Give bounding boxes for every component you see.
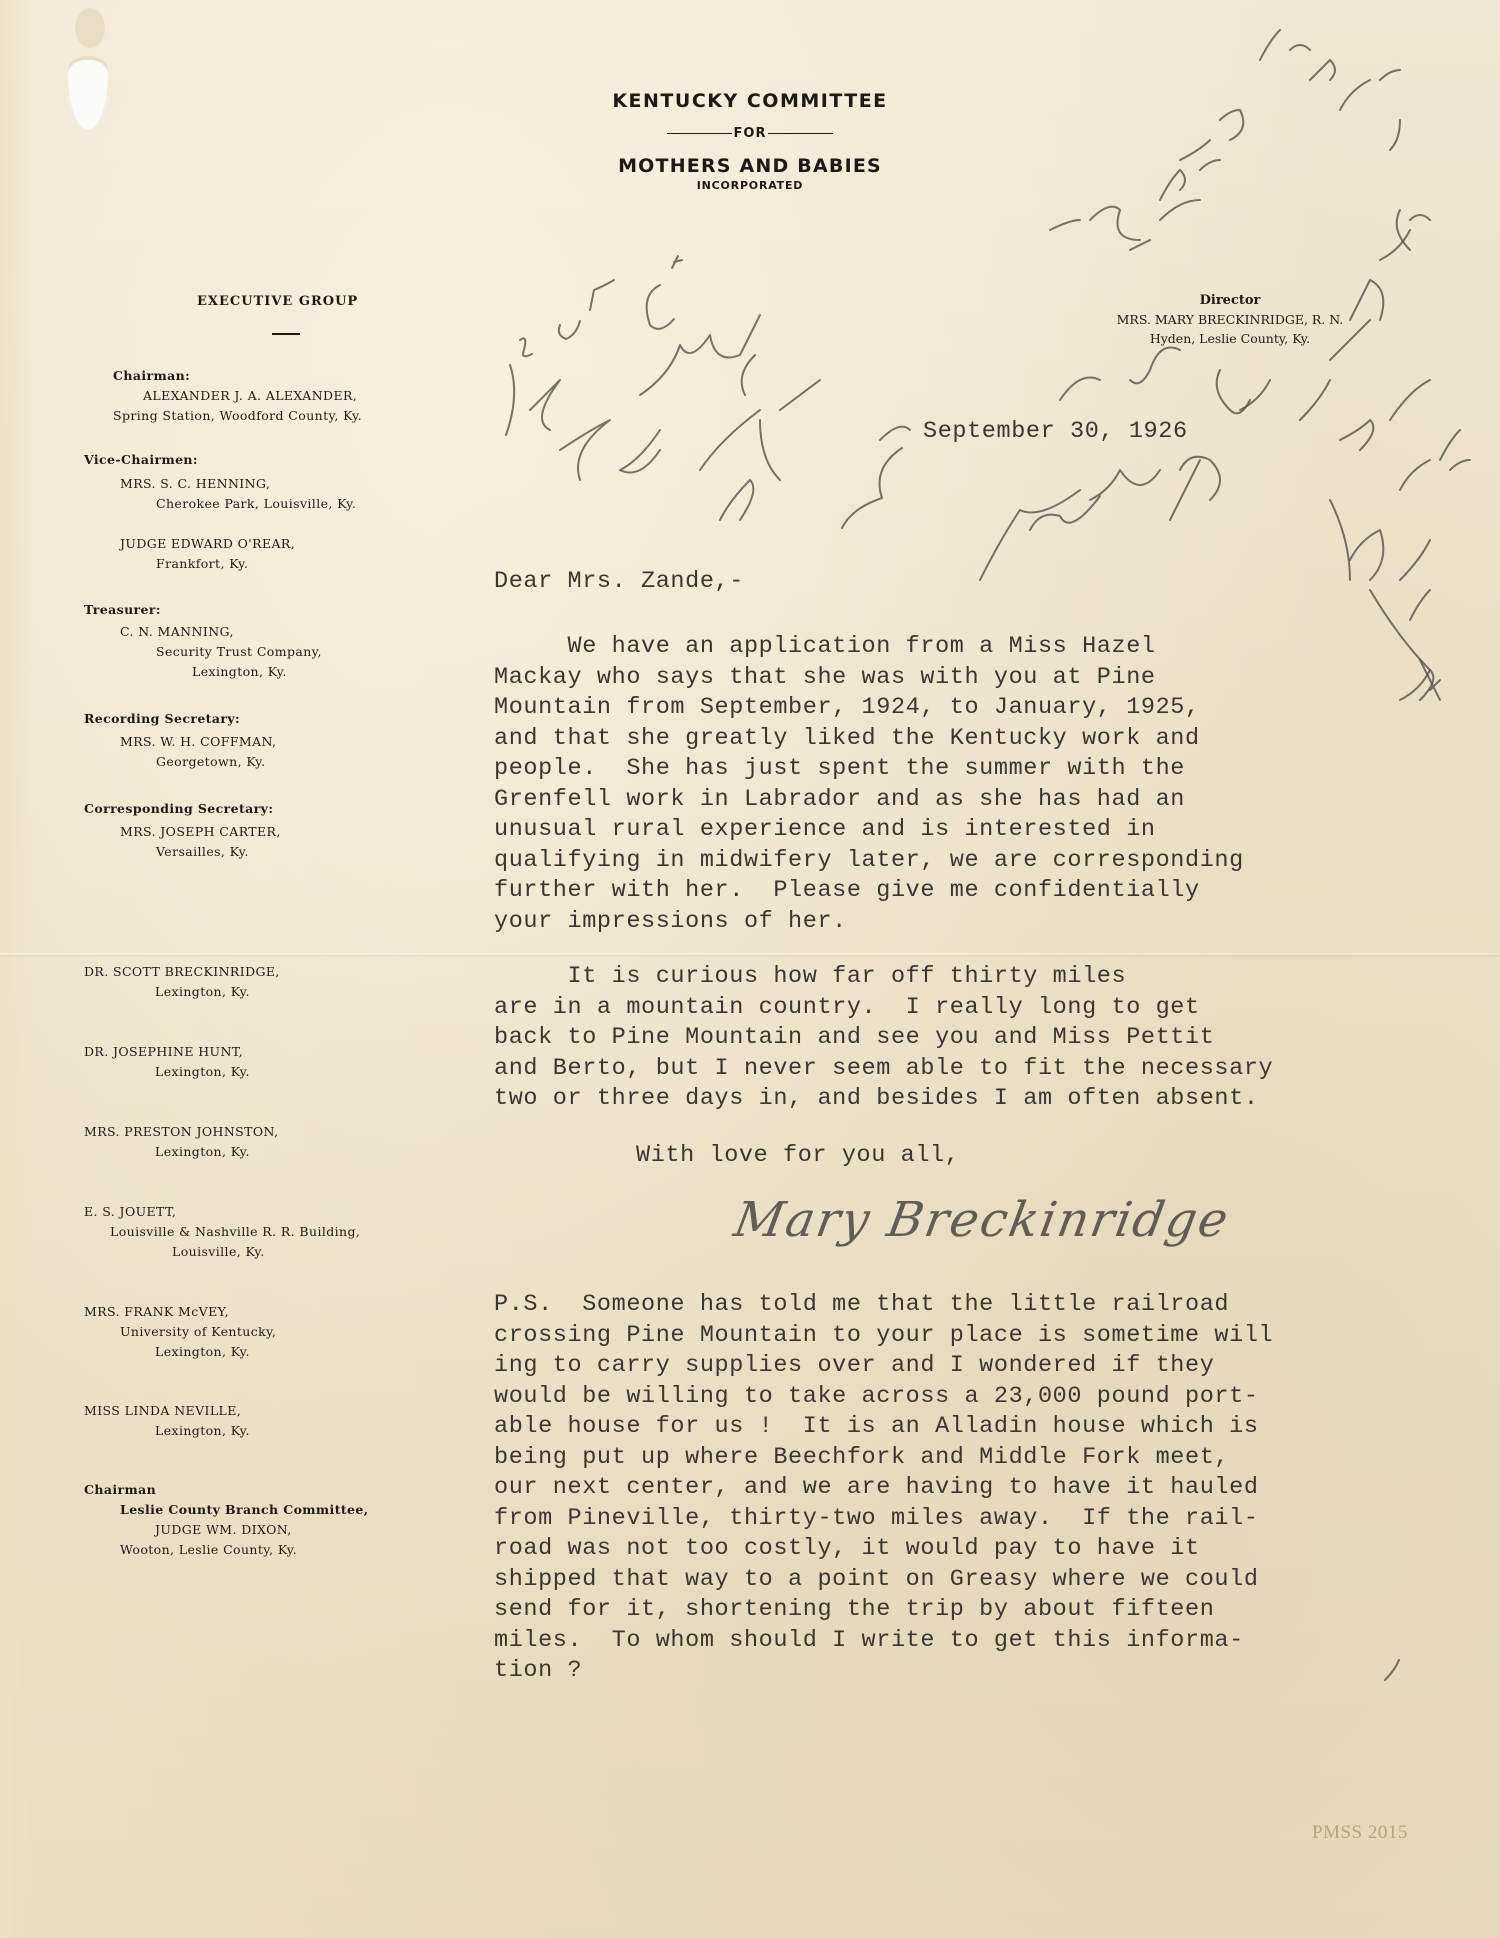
member-entry: ALEXANDER J. A. ALEXANDER, Spring Statio… [113, 386, 362, 426]
member-entry: MRS. W. H. COFFMAN, Georgetown, Ky. [120, 732, 276, 772]
member-entry: MRS. FRANK McVEY, University of Kentucky… [84, 1302, 276, 1362]
member-name: MISS LINDA NEVILLE, [84, 1401, 250, 1421]
member-entry: JUDGE EDWARD O'REAR, Frankfort, Ky. [120, 534, 295, 574]
director-block: Director MRS. MARY BRECKINRIDGE, R. N. H… [1040, 291, 1420, 348]
letter-paragraph-1: We have an application from a Miss Hazel… [494, 632, 1244, 937]
executive-group-rule [272, 333, 300, 335]
member-entry: E. S. JOUETT, Louisville & Nashville R. … [84, 1202, 360, 1262]
member-address: Security Trust Company, [120, 642, 322, 662]
letterhead-org-line2: MOTHERS AND BABIES [560, 155, 940, 177]
member-name: DR. JOSEPHINE HUNT, [84, 1042, 250, 1062]
member-entry: MRS. S. C. HENNING, Cherokee Park, Louis… [120, 474, 356, 514]
member-address: Lexington, Ky. [84, 1062, 250, 1082]
director-title: Director [1040, 291, 1420, 310]
member-name: MRS. PRESTON JOHNSTON, [84, 1122, 278, 1142]
member-name: MRS. W. H. COFFMAN, [120, 732, 276, 752]
member-name: JUDGE WM. DIXON, [84, 1520, 297, 1540]
member-name: E. S. JOUETT, [84, 1202, 360, 1222]
paper-tear-hole [68, 60, 108, 130]
member-address: Lexington, Ky. [84, 1421, 250, 1441]
role-branch-committee: Leslie County Branch Committee, [120, 1500, 369, 1520]
member-name: DR. SCOTT BRECKINRIDGE, [84, 962, 280, 982]
member-entry: DR. SCOTT BRECKINRIDGE, Lexington, Ky. [84, 962, 280, 1002]
executive-group-title: EXECUTIVE GROUP [197, 292, 358, 312]
member-address: Spring Station, Woodford County, Ky. [113, 406, 362, 426]
role-recording-secretary: Recording Secretary: [84, 709, 240, 729]
member-address: University of Kentucky, [84, 1322, 276, 1342]
director-name: MRS. MARY BRECKINRIDGE, R. N. [1040, 310, 1420, 329]
role-branch-chairman: Chairman [84, 1480, 156, 1500]
member-entry: MISS LINDA NEVILLE, Lexington, Ky. [84, 1401, 250, 1441]
letterhead-rule-right [768, 133, 833, 135]
letterhead-for-line: FOR [560, 126, 940, 141]
member-name: ALEXANDER J. A. ALEXANDER, [113, 386, 362, 406]
letter-paragraph-2: It is curious how far off thirty miles a… [494, 962, 1273, 1115]
member-entry: MRS. JOSEPH CARTER, Versailles, Ky. [120, 822, 281, 862]
member-address: Lexington, Ky. [84, 1342, 276, 1362]
paper-fold-line [0, 953, 1500, 955]
paper-tear-flap [75, 8, 105, 48]
member-entry: DR. JOSEPHINE HUNT, Lexington, Ky. [84, 1042, 250, 1082]
role-chairman: Chairman: [113, 366, 190, 386]
member-address: Louisville, Ky. [84, 1242, 360, 1262]
member-address: Frankfort, Ky. [120, 554, 295, 574]
role-corresponding-secretary: Corresponding Secretary: [84, 799, 273, 819]
paper-left-edge [0, 0, 34, 1938]
member-address: Lexington, Ky. [84, 1142, 278, 1162]
member-name: MRS. FRANK McVEY, [84, 1302, 276, 1322]
letterhead-rule-left [667, 133, 732, 135]
letter-closing: With love for you all, [636, 1141, 959, 1172]
member-address: Cherokee Park, Louisville, Ky. [120, 494, 356, 514]
member-address: Louisville & Nashville R. R. Building, [84, 1222, 360, 1242]
member-address: Lexington, Ky. [84, 982, 280, 1002]
role-treasurer: Treasurer: [84, 600, 161, 620]
letter-date: September 30, 1926 [923, 417, 1188, 448]
letterhead-incorporated: INCORPORATED [560, 179, 940, 192]
member-address: Lexington, Ky. [120, 662, 322, 682]
member-name: JUDGE EDWARD O'REAR, [120, 534, 295, 554]
member-name: C. N. MANNING, [120, 622, 322, 642]
member-address: Versailles, Ky. [120, 842, 281, 862]
letterhead-for: FOR [734, 126, 767, 141]
archive-watermark: PMSS 2015 [1312, 1822, 1408, 1844]
handwritten-signature: Mary Breckinridge [730, 1192, 1234, 1248]
member-address: Georgetown, Ky. [120, 752, 276, 772]
letterhead: KENTUCKY COMMITTEE FOR MOTHERS AND BABIE… [560, 90, 940, 192]
member-name: MRS. JOSEPH CARTER, [120, 822, 281, 842]
letterhead-org-line1: KENTUCKY COMMITTEE [560, 90, 940, 112]
role-vice-chairmen: Vice-Chairmen: [84, 450, 198, 470]
member-address: Wooton, Leslie County, Ky. [84, 1540, 297, 1560]
letter-postscript: P.S. Someone has told me that the little… [494, 1290, 1273, 1687]
letter-salutation: Dear Mrs. Zande,- [494, 567, 744, 598]
member-entry: C. N. MANNING, Security Trust Company, L… [120, 622, 322, 682]
member-entry: MRS. PRESTON JOHNSTON, Lexington, Ky. [84, 1122, 278, 1162]
director-address: Hyden, Leslie County, Ky. [1040, 329, 1420, 348]
member-entry: JUDGE WM. DIXON, Wooton, Leslie County, … [84, 1520, 297, 1560]
member-name: MRS. S. C. HENNING, [120, 474, 356, 494]
